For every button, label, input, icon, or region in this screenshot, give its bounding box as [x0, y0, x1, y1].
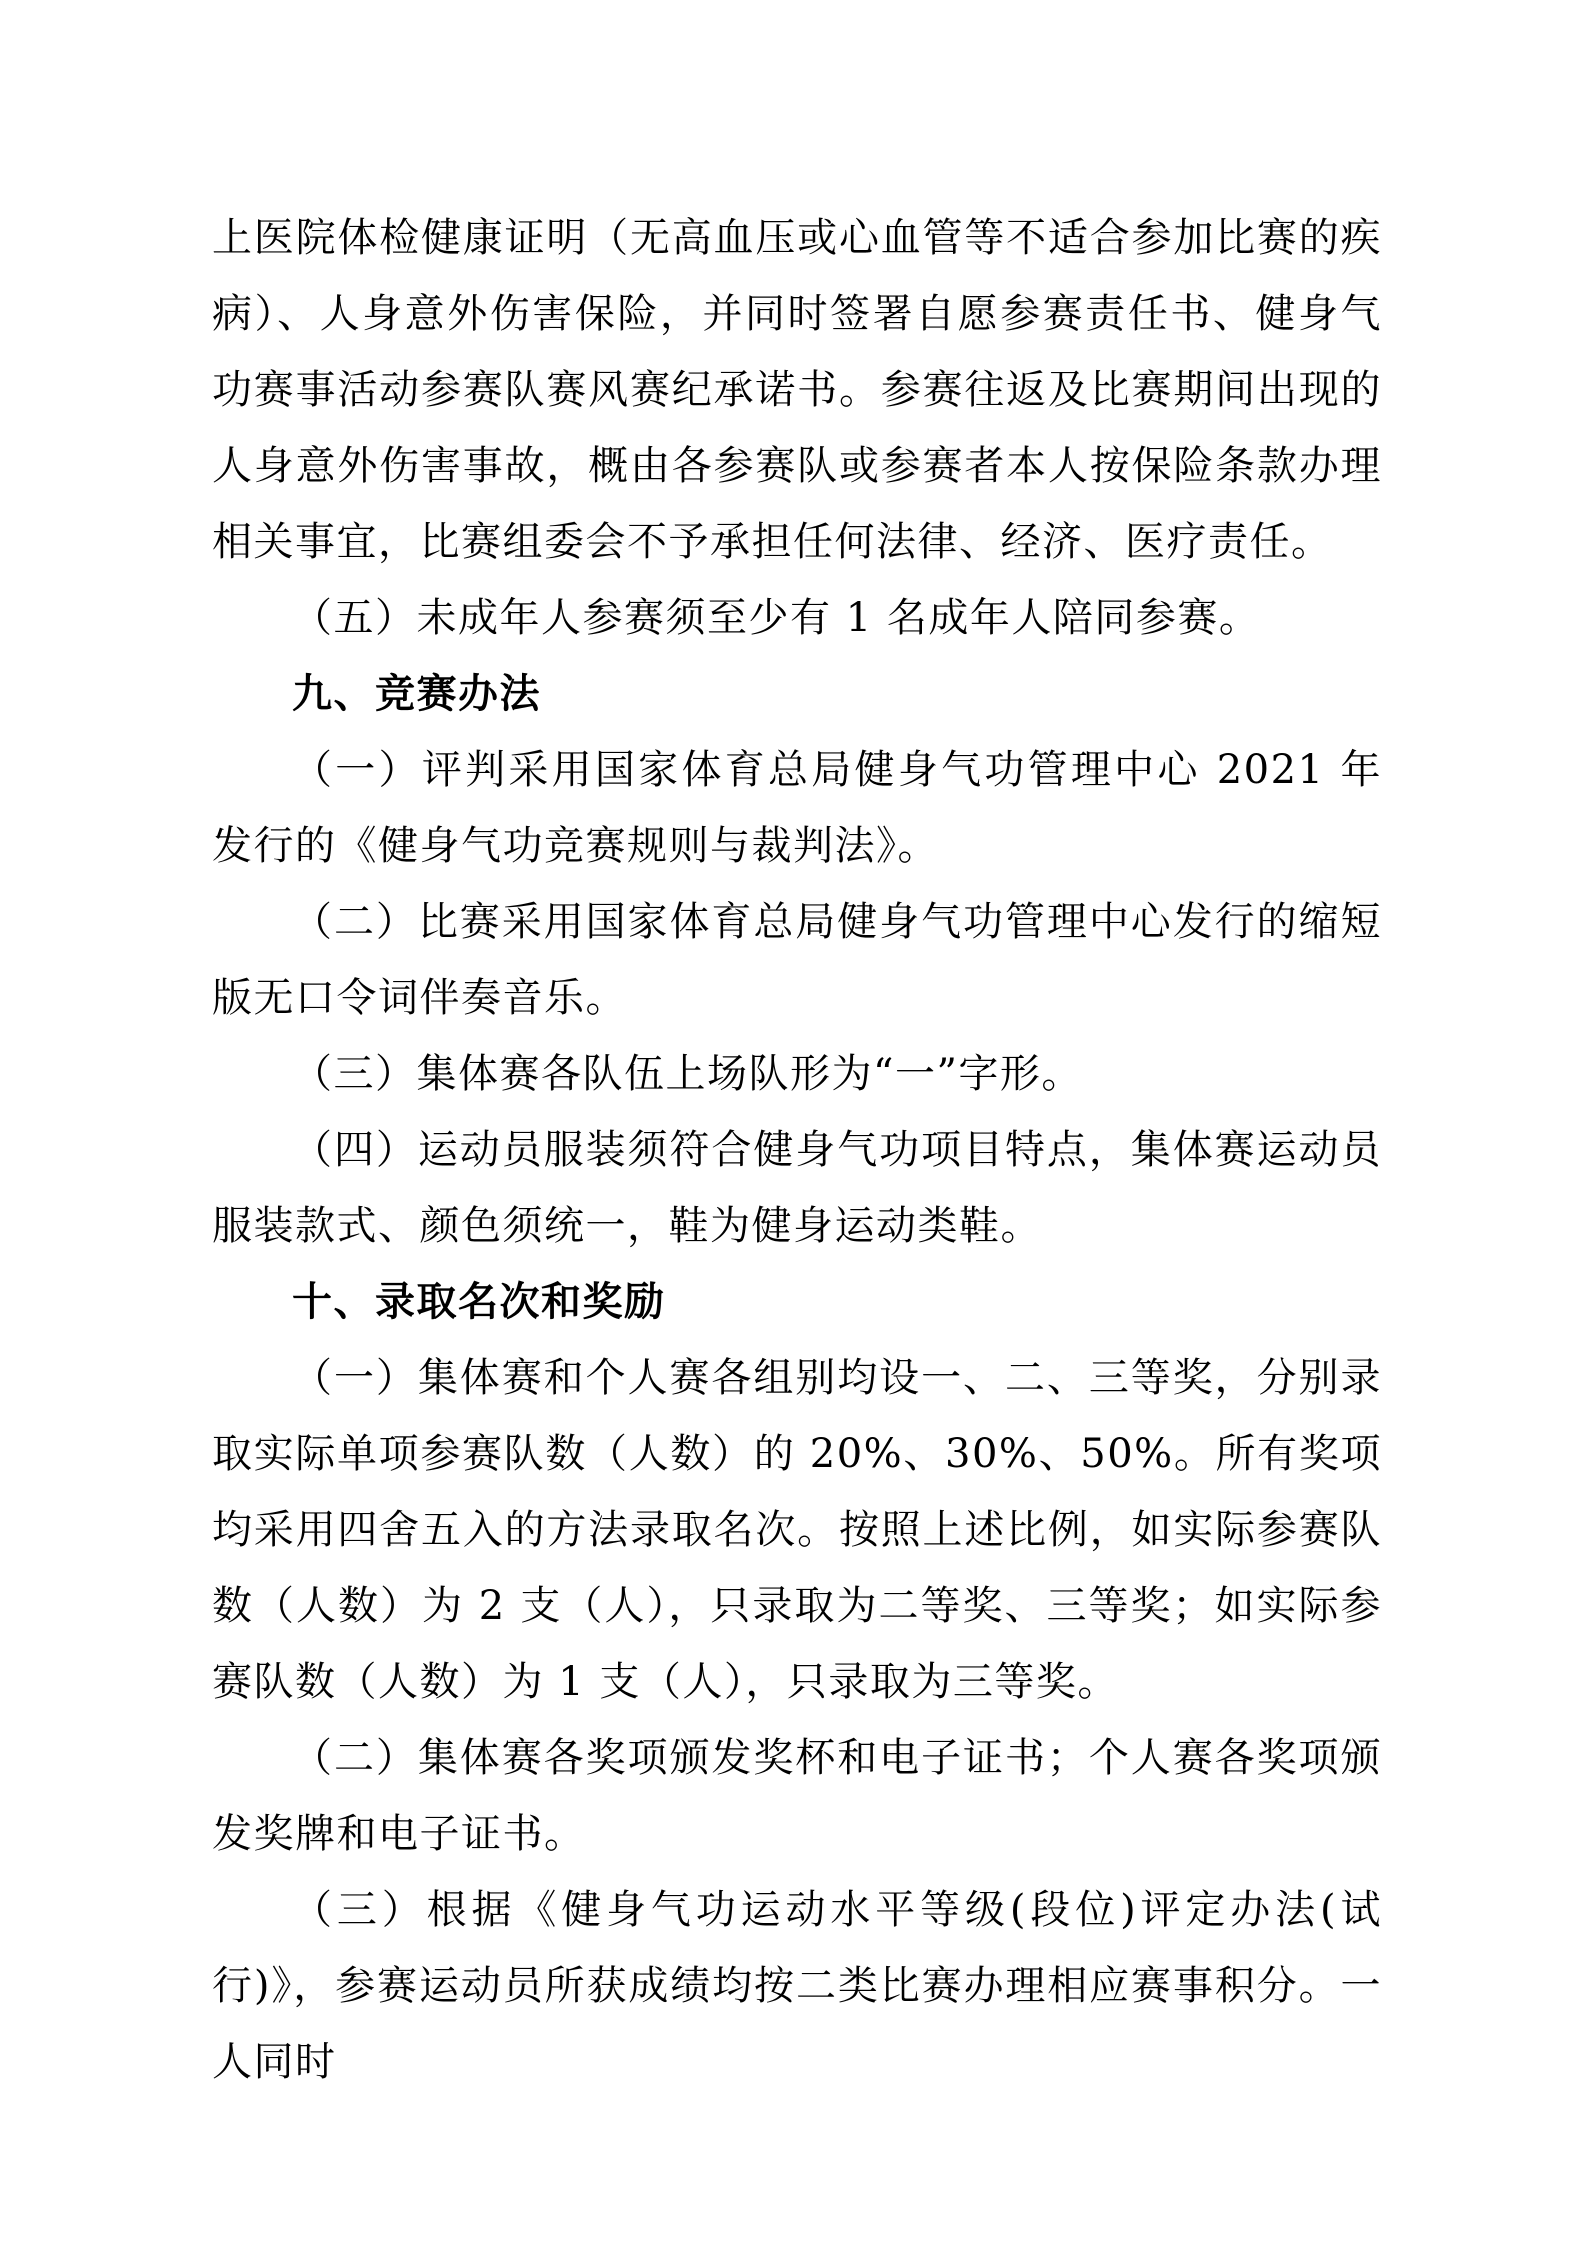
paragraph-item-1-judging-rules: （一）评判采用国家体育总局健身气功管理中心 2021 年发行的《健身气功竞赛规则…	[212, 732, 1382, 884]
paragraph-item-5-minor-participants: （五）未成年人参赛须至少有 1 名成年人陪同参赛。	[212, 580, 1382, 656]
paragraph-item-3-grade-points: （三）根据《健身气功运动水平等级(段位)评定办法(试行)》，参赛运动员所获成绩均…	[212, 1872, 1382, 2100]
paragraph-item-3-formation: （三）集体赛各队伍上场队形为“一”字形。	[212, 1036, 1382, 1112]
section-heading-10-rankings-awards: 十、录取名次和奖励	[212, 1264, 1382, 1340]
paragraph-item-1-award-tiers: （一）集体赛和个人赛各组别均设一、二、三等奖，分别录取实际单项参赛队数（人数）的…	[212, 1340, 1382, 1720]
paragraph-continuation-insurance-liability: 上医院体检健康证明（无高血压或心血管等不适合参加比赛的疾病）、人身意外伤害保险，…	[212, 200, 1382, 580]
paragraph-item-4-uniform: （四）运动员服装须符合健身气功项目特点，集体赛运动员服装款式、颜色须统一，鞋为健…	[212, 1112, 1382, 1264]
document-page: 上医院体检健康证明（无高血压或心血管等不适合参加比赛的疾病）、人身意外伤害保险，…	[0, 0, 1588, 2245]
paragraph-item-2-music: （二）比赛采用国家体育总局健身气功管理中心发行的缩短版无口令词伴奏音乐。	[212, 884, 1382, 1036]
section-heading-9-competition-methods: 九、竞赛办法	[212, 656, 1382, 732]
paragraph-item-2-trophies-certificates: （二）集体赛各奖项颁发奖杯和电子证书；个人赛各奖项颁发奖牌和电子证书。	[212, 1720, 1382, 1872]
